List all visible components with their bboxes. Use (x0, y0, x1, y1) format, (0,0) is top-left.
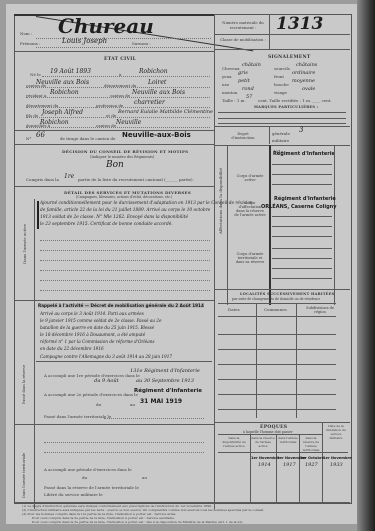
signalement-title: SIGNALEMENT (268, 55, 311, 60)
periode-1-value: 131e Régiment d'Infanterie (130, 368, 200, 374)
canton-residence: Neuville aux Bois (132, 89, 185, 96)
surnom-label: Surnom : (132, 41, 151, 46)
epoque-res-terr-year: 1927 (305, 462, 318, 468)
numero-matricule-value: 1313 (276, 14, 323, 34)
taille-value: 57 (246, 94, 252, 100)
domicile-parents: Robichon (40, 119, 69, 126)
prenoms-label: Prénoms : (20, 41, 40, 46)
pere: Joseph Alfred (42, 109, 83, 116)
service-line-2: de famille, article 22 de la loi du 21 j… (40, 208, 210, 213)
date-naissance: 19 Août 1893 (50, 68, 91, 75)
rappel-stamp: Rappelé à l'activité — Décret de mobilis… (38, 303, 204, 308)
nom-label: Nom : (20, 31, 32, 36)
prenoms-value: Louis Joseph (62, 37, 107, 45)
disponibilite-side-label: Affectations dans la disponibilité (218, 168, 223, 234)
periode-2-date-stamp: 31 MAI 1919 (140, 398, 182, 405)
epoque-reserve-year: 1914 (258, 462, 271, 468)
reserve-side-label: Passé dans la réserve (22, 365, 26, 404)
localites-title: LOCALITÉS SUCCESSIVEMENT HABITÉES (240, 292, 335, 296)
service-line-4: le 23 septembre 1915. Certificat de bonn… (40, 222, 173, 227)
service-line-3: 1913 soldat de 2e classe. N° Mle 1262. E… (40, 215, 188, 220)
nom-value: Chureau (58, 14, 154, 38)
profession: charretier (134, 99, 165, 106)
periode-2-stamp: Régiment d'Infanterie (134, 388, 202, 394)
decision-title: DÉCISION DU CONSEIL DE RÉVISION ET MOTIF… (62, 149, 188, 154)
canton-tirage-stamp: Neuville-aux-Bois (122, 131, 191, 139)
territoriale-side-label: Dans l'armée territoriale (22, 453, 26, 498)
epoque-liberation-year: 1933 (330, 462, 343, 468)
corps-reserve-stamp-1: Régiment d'Infanterie (274, 196, 336, 202)
register-sheet: Nom : Chureau Prénoms : Louis Joseph Sur… (6, 4, 358, 524)
binding-shadow (357, 0, 375, 531)
lieu-naissance: Robichon (139, 68, 168, 75)
residence: Robichon (50, 89, 79, 96)
numero-label: Numéro matricule du recrutement : (219, 20, 267, 30)
departement-naissance: Loiret (148, 79, 166, 86)
note-5: Pour ceux compris dans la 3e partie de l… (32, 520, 244, 524)
armee-active-side-label: Dans l'armée active (22, 224, 27, 264)
canton-naissance: Neuville aux Bois (36, 79, 89, 86)
partie-liste: 1re (64, 173, 74, 180)
classe-label: Classe de mobilisation : (219, 37, 267, 42)
decision-value: Bon (106, 160, 124, 170)
instruction-generale-value: 3 (299, 126, 303, 134)
numero-tirage: 66 (36, 131, 45, 139)
mere: Bernard Eulalie Mathilde Clémentine (118, 109, 213, 115)
epoque-territoriale-year: 1917 (283, 462, 296, 468)
corps-reserve-stamp-2: ORLÉANS, Caserne Coligny (261, 204, 337, 210)
etat-civil-title: ÉTAT CIVIL (104, 57, 136, 62)
